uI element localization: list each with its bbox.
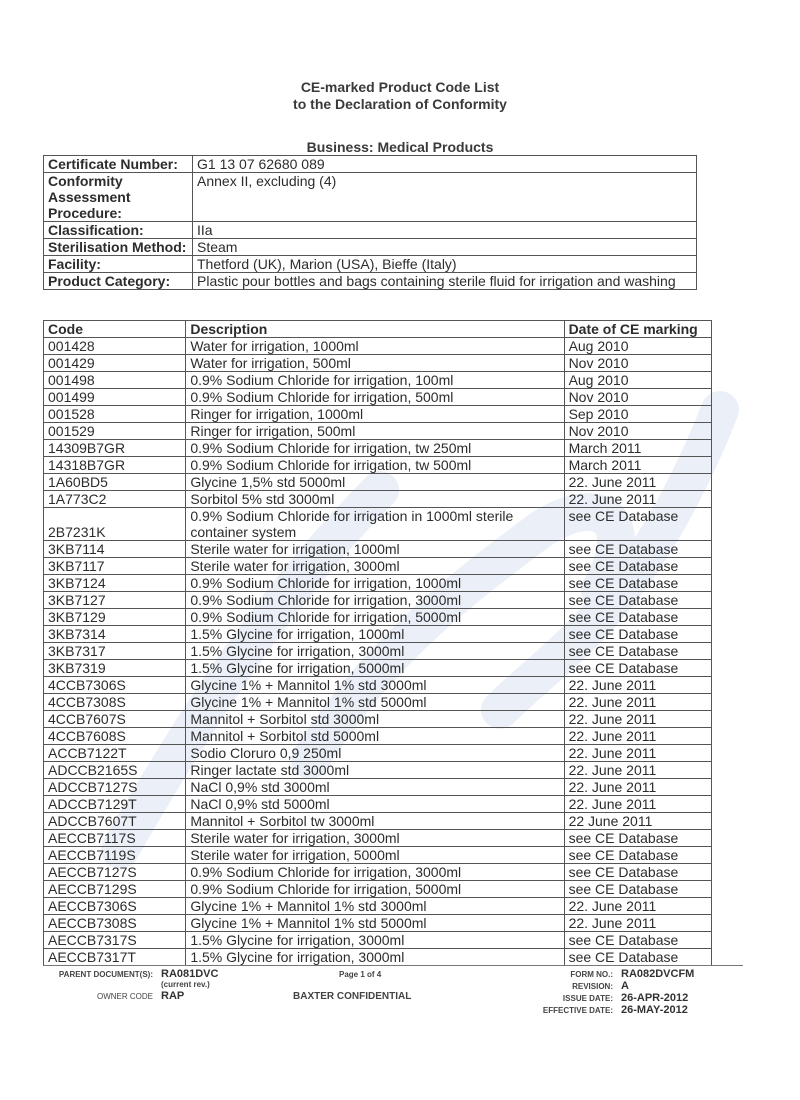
table-row: 14309B7GR0.9% Sodium Chloride for irriga… — [44, 440, 712, 457]
info-value: Steam — [193, 239, 697, 256]
info-value: G1 13 07 62680 089 — [193, 156, 697, 173]
product-code: AECCB7129S — [44, 881, 186, 898]
form-no-label: FORM NO.: — [493, 970, 613, 979]
table-row: 3KB73191.5% Glycine for irrigation, 5000… — [44, 660, 712, 677]
table-row: 1A773C2Sorbitol 5% std 3000ml22. June 20… — [44, 491, 712, 508]
table-row: 001528Ringer for irrigation, 1000mlSep 2… — [44, 406, 712, 423]
product-description: 0.9% Sodium Chloride for irrigation, tw … — [186, 457, 564, 474]
product-description: Mannitol + Sorbitol tw 3000ml — [186, 813, 564, 830]
product-code: 001428 — [44, 338, 186, 355]
table-row: 001529Ringer for irrigation, 500mlNov 20… — [44, 423, 712, 440]
table-row: 3KB71240.9% Sodium Chloride for irrigati… — [44, 575, 712, 592]
product-code: AECCB7306S — [44, 898, 186, 915]
info-label: Facility: — [44, 256, 193, 273]
product-code: 3KB7124 — [44, 575, 186, 592]
ce-marking-date: 22. June 2011 — [564, 745, 711, 762]
product-description: Ringer for irrigation, 1000ml — [186, 406, 564, 423]
ce-marking-date: 22. June 2011 — [564, 491, 711, 508]
product-description: Ringer lactate std 3000ml — [186, 762, 564, 779]
ce-marking-date: see CE Database — [564, 847, 711, 864]
product-code: AECCB7308S — [44, 915, 186, 932]
table-row: 3KB71270.9% Sodium Chloride for irrigati… — [44, 592, 712, 609]
ce-marking-date: see CE Database — [564, 575, 711, 592]
table-row: AECCB7306SGlycine 1% + Mannitol 1% std 3… — [44, 898, 712, 915]
ce-marking-date: see CE Database — [564, 660, 711, 677]
document-title: CE-marked Product Code List — [0, 79, 800, 96]
product-description: 0.9% Sodium Chloride for irrigation, 500… — [186, 881, 564, 898]
table-row: AECCB7119SSterile water for irrigation, … — [44, 847, 712, 864]
product-code: AECCB7127S — [44, 864, 186, 881]
table-row: 001428Water for irrigation, 1000mlAug 20… — [44, 338, 712, 355]
table-row: 0014990.9% Sodium Chloride for irrigatio… — [44, 389, 712, 406]
product-description: 0.9% Sodium Chloride for irrigation, 300… — [186, 592, 564, 609]
product-description: 0.9% Sodium Chloride for irrigation in 1… — [186, 508, 564, 541]
product-code: 4CCB7306S — [44, 677, 186, 694]
table-row: AECCB7317T1.5% Glycine for irrigation, 3… — [44, 949, 712, 966]
ce-marking-date: Nov 2010 — [564, 423, 711, 440]
confidential-label: BAXTER CONFIDENTIAL — [293, 991, 411, 1002]
owner-code-value: RAP — [161, 990, 184, 1002]
table-row: 4CCB7308SGlycine 1% + Mannitol 1% std 50… — [44, 694, 712, 711]
ce-marking-date: Aug 2010 — [564, 338, 711, 355]
product-description: NaCl 0,9% std 3000ml — [186, 779, 564, 796]
product-description: Sodio Cloruro 0,9 250ml — [186, 745, 564, 762]
info-row: Sterilisation Method:Steam — [44, 239, 697, 256]
product-code: 3KB7127 — [44, 592, 186, 609]
revision-value: A — [621, 980, 629, 992]
product-description: 1.5% Glycine for irrigation, 3000ml — [186, 932, 564, 949]
product-code: AECCB7317T — [44, 949, 186, 966]
info-row: Product Category:Plastic pour bottles an… — [44, 273, 697, 290]
info-row: Conformity Assessment Procedure:Annex II… — [44, 173, 697, 222]
ce-marking-date: 22. June 2011 — [564, 898, 711, 915]
ce-marking-date: Sep 2010 — [564, 406, 711, 423]
product-description: 1.5% Glycine for irrigation, 3000ml — [186, 949, 564, 966]
ce-marking-date: 22. June 2011 — [564, 762, 711, 779]
table-header-row: Code Description Date of CE marking — [44, 321, 712, 338]
ce-marking-date: see CE Database — [564, 558, 711, 575]
ce-marking-date: 22. June 2011 — [564, 728, 711, 745]
ce-marking-date: 22. June 2011 — [564, 677, 711, 694]
document-footer: PARENT DOCUMENT(S): RA081DVC (current re… — [43, 965, 743, 1016]
table-row: AECCB7129S0.9% Sodium Chloride for irrig… — [44, 881, 712, 898]
product-code: ADCCB7607T — [44, 813, 186, 830]
product-code: AECCB7317S — [44, 932, 186, 949]
ce-marking-date: 22. June 2011 — [564, 796, 711, 813]
product-code: 3KB7314 — [44, 626, 186, 643]
ce-marking-date: see CE Database — [564, 592, 711, 609]
business-heading: Business: Medical Products — [0, 139, 800, 156]
parent-document-value: RA081DVC — [161, 968, 218, 980]
product-code: 3KB7117 — [44, 558, 186, 575]
product-code: 1A773C2 — [44, 491, 186, 508]
effective-date-label: EFFECTIVE DATE: — [493, 1006, 613, 1015]
product-code: ADCCB2165S — [44, 762, 186, 779]
product-description: Glycine 1% + Mannitol 1% std 3000ml — [186, 898, 564, 915]
table-row: 3KB73141.5% Glycine for irrigation, 1000… — [44, 626, 712, 643]
table-row: ADCCB7127SNaCl 0,9% std 3000ml22. June 2… — [44, 779, 712, 796]
ce-marking-date: 22 June 2011 — [564, 813, 711, 830]
table-row: 4CCB7608SMannitol + Sorbitol std 5000ml2… — [44, 728, 712, 745]
info-row: Certificate Number:G1 13 07 62680 089 — [44, 156, 697, 173]
product-description: 0.9% Sodium Chloride for irrigation, 100… — [186, 372, 564, 389]
ce-marking-date: see CE Database — [564, 881, 711, 898]
ce-marking-date: March 2011 — [564, 440, 711, 457]
info-label: Classification: — [44, 222, 193, 239]
product-code: 001528 — [44, 406, 186, 423]
product-description: Mannitol + Sorbitol std 5000ml — [186, 728, 564, 745]
info-label: Product Category: — [44, 273, 193, 290]
table-row: 3KB7117Sterile water for irrigation, 300… — [44, 558, 712, 575]
product-description: Sorbitol 5% std 3000ml — [186, 491, 564, 508]
table-row: 3KB7114Sterile water for irrigation, 100… — [44, 541, 712, 558]
info-label: Certificate Number: — [44, 156, 193, 173]
product-description: Water for irrigation, 500ml — [186, 355, 564, 372]
table-row: ADCCB7129TNaCl 0,9% std 5000ml22. June 2… — [44, 796, 712, 813]
parent-document-label: PARENT DOCUMENT(S): — [33, 970, 153, 979]
table-row: AECCB7117SSterile water for irrigation, … — [44, 830, 712, 847]
ce-marking-date: see CE Database — [564, 949, 711, 966]
product-description: NaCl 0,9% std 5000ml — [186, 796, 564, 813]
owner-code-label: OWNER CODE — [33, 992, 153, 1001]
product-description: 1.5% Glycine for irrigation, 5000ml — [186, 660, 564, 677]
ce-marking-date: see CE Database — [564, 864, 711, 881]
issue-date-label: ISSUE DATE: — [493, 994, 613, 1003]
table-row: 4CCB7607SMannitol + Sorbitol std 3000ml2… — [44, 711, 712, 728]
table-row: ACCB7122TSodio Cloruro 0,9 250ml22. June… — [44, 745, 712, 762]
ce-marking-date: Aug 2010 — [564, 372, 711, 389]
ce-marking-date: see CE Database — [564, 508, 711, 541]
product-description: Glycine 1% + Mannitol 1% std 3000ml — [186, 677, 564, 694]
ce-marking-date: Nov 2010 — [564, 355, 711, 372]
product-code: ACCB7122T — [44, 745, 186, 762]
table-row: ADCCB7607TMannitol + Sorbitol tw 3000ml2… — [44, 813, 712, 830]
ce-marking-date: March 2011 — [564, 457, 711, 474]
page-number: Page 1 of 4 — [339, 970, 381, 979]
ce-marking-date: 22. June 2011 — [564, 474, 711, 491]
effective-date-value: 26-MAY-2012 — [621, 1004, 688, 1016]
product-code: 14318B7GR — [44, 457, 186, 474]
ce-marking-date: 22. June 2011 — [564, 711, 711, 728]
table-row: AECCB7317S1.5% Glycine for irrigation, 3… — [44, 932, 712, 949]
product-code: 001429 — [44, 355, 186, 372]
ce-marking-date: see CE Database — [564, 626, 711, 643]
product-description: Mannitol + Sorbitol std 3000ml — [186, 711, 564, 728]
form-no-value: RA082DVCFM — [621, 968, 694, 980]
ce-marking-date: Nov 2010 — [564, 389, 711, 406]
product-code: 3KB7319 — [44, 660, 186, 677]
table-row: 0014980.9% Sodium Chloride for irrigatio… — [44, 372, 712, 389]
ce-marking-date: 22. June 2011 — [564, 915, 711, 932]
product-code: 001499 — [44, 389, 186, 406]
info-row: Classification:IIa — [44, 222, 697, 239]
product-description: 0.9% Sodium Chloride for irrigation, 500… — [186, 609, 564, 626]
product-code: ADCCB7129T — [44, 796, 186, 813]
product-code: 1A60BD5 — [44, 474, 186, 491]
product-description: Sterile water for irrigation, 3000ml — [186, 830, 564, 847]
issue-date-value: 26-APR-2012 — [621, 992, 688, 1004]
table-row: 14318B7GR0.9% Sodium Chloride for irriga… — [44, 457, 712, 474]
product-description: Sterile water for irrigation, 3000ml — [186, 558, 564, 575]
table-row: 3KB71290.9% Sodium Chloride for irrigati… — [44, 609, 712, 626]
product-code: AECCB7117S — [44, 830, 186, 847]
info-value: Annex II, excluding (4) — [193, 173, 697, 222]
product-code: AECCB7119S — [44, 847, 186, 864]
column-header-date: Date of CE marking — [564, 321, 711, 338]
certificate-info-table: Certificate Number:G1 13 07 62680 089Con… — [43, 155, 697, 290]
table-row: 3KB73171.5% Glycine for irrigation, 3000… — [44, 643, 712, 660]
product-code: 4CCB7608S — [44, 728, 186, 745]
info-label: Conformity Assessment Procedure: — [44, 173, 193, 222]
product-description: 0.9% Sodium Chloride for irrigation, tw … — [186, 440, 564, 457]
product-code: 14309B7GR — [44, 440, 186, 457]
table-row: ADCCB2165SRinger lactate std 3000ml22. J… — [44, 762, 712, 779]
info-value: Plastic pour bottles and bags containing… — [193, 273, 697, 290]
column-header-description: Description — [186, 321, 564, 338]
product-description: Ringer for irrigation, 500ml — [186, 423, 564, 440]
product-description: Sterile water for irrigation, 1000ml — [186, 541, 564, 558]
ce-marking-date: 22. June 2011 — [564, 694, 711, 711]
info-row: Facility:Thetford (UK), Marion (USA), Bi… — [44, 256, 697, 273]
product-code: 001529 — [44, 423, 186, 440]
product-description: Sterile water for irrigation, 5000ml — [186, 847, 564, 864]
product-code: ADCCB7127S — [44, 779, 186, 796]
product-description: 1.5% Glycine for irrigation, 3000ml — [186, 643, 564, 660]
product-description: Glycine 1% + Mannitol 1% std 5000ml — [186, 915, 564, 932]
table-row: 1A60BD5Glycine 1,5% std 5000ml22. June 2… — [44, 474, 712, 491]
product-code: 3KB7129 — [44, 609, 186, 626]
product-description: Glycine 1,5% std 5000ml — [186, 474, 564, 491]
product-description: 1.5% Glycine for irrigation, 1000ml — [186, 626, 564, 643]
product-code: 3KB7317 — [44, 643, 186, 660]
parent-document-note: (current rev.) — [161, 980, 210, 989]
product-code-table: Code Description Date of CE marking 0014… — [43, 320, 712, 966]
product-code: 3KB7114 — [44, 541, 186, 558]
table-row: 2B7231K0.9% Sodium Chloride for irrigati… — [44, 508, 712, 541]
product-code: 4CCB7607S — [44, 711, 186, 728]
table-row: AECCB7308SGlycine 1% + Mannitol 1% std 5… — [44, 915, 712, 932]
ce-marking-date: see CE Database — [564, 609, 711, 626]
product-code: 001498 — [44, 372, 186, 389]
ce-marking-date: see CE Database — [564, 541, 711, 558]
info-value: Thetford (UK), Marion (USA), Bieffe (Ita… — [193, 256, 697, 273]
revision-label: REVISION: — [493, 982, 613, 991]
ce-marking-date: see CE Database — [564, 932, 711, 949]
column-header-code: Code — [44, 321, 186, 338]
ce-marking-date: 22. June 2011 — [564, 779, 711, 796]
document-subtitle: to the Declaration of Conformity — [0, 96, 800, 113]
product-description: 0.9% Sodium Chloride for irrigation, 100… — [186, 575, 564, 592]
product-description: 0.9% Sodium Chloride for irrigation, 300… — [186, 864, 564, 881]
product-description: Water for irrigation, 1000ml — [186, 338, 564, 355]
table-row: 4CCB7306SGlycine 1% + Mannitol 1% std 30… — [44, 677, 712, 694]
product-code: 4CCB7308S — [44, 694, 186, 711]
info-value: IIa — [193, 222, 697, 239]
product-description: Glycine 1% + Mannitol 1% std 5000ml — [186, 694, 564, 711]
ce-marking-date: see CE Database — [564, 830, 711, 847]
ce-marking-date: see CE Database — [564, 643, 711, 660]
info-label: Sterilisation Method: — [44, 239, 193, 256]
table-row: 001429Water for irrigation, 500mlNov 201… — [44, 355, 712, 372]
product-description: 0.9% Sodium Chloride for irrigation, 500… — [186, 389, 564, 406]
product-code: 2B7231K — [44, 508, 186, 541]
table-row: AECCB7127S0.9% Sodium Chloride for irrig… — [44, 864, 712, 881]
